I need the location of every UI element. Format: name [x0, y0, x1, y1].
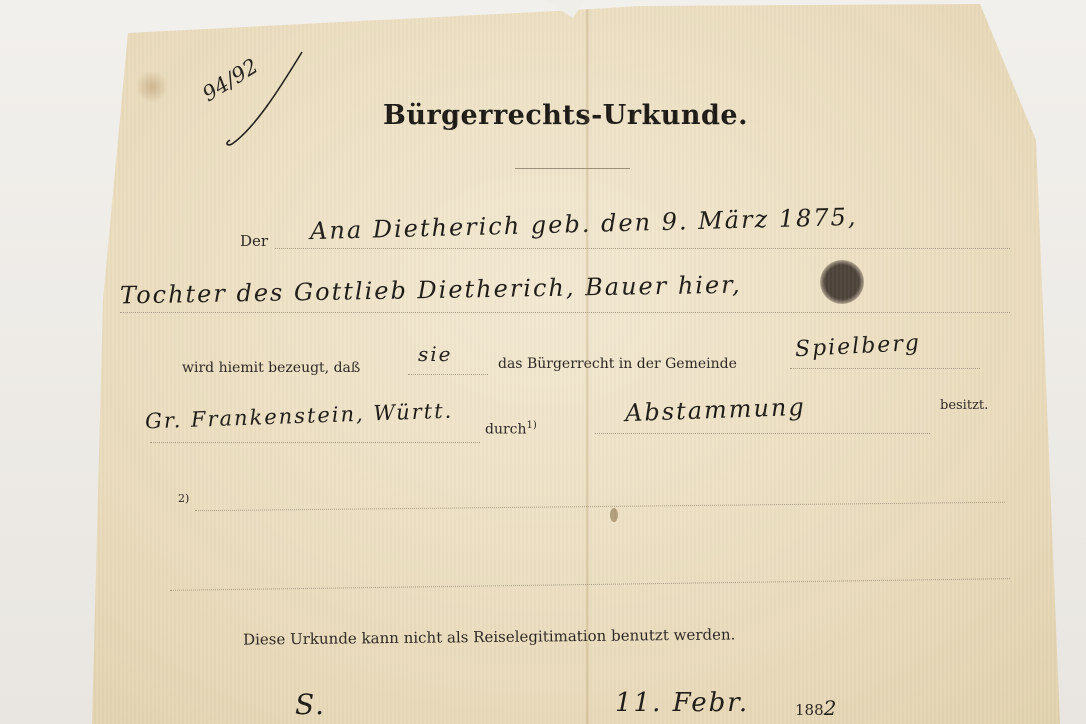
fill-line-3b	[790, 368, 980, 369]
handwritten-name-birth: Ana Dietherich geb. den 9. März 1875,	[310, 203, 858, 245]
handwritten-acquisition: Abstammung	[625, 393, 807, 427]
handwritten-district: Gr. Frankenstein, Württ.	[145, 399, 454, 434]
printed-besitzt: besitzt.	[940, 398, 988, 413]
document-title: Bürgerrechts-Urkunde.	[383, 100, 748, 131]
flourish-stroke	[210, 48, 310, 148]
fill-line-2	[120, 312, 1010, 313]
footnote-marker-1: 1)	[527, 420, 537, 431]
document-paper: 94/92 Bürgerrechts-Urkunde. Der Ana Diet…	[0, 0, 1086, 724]
printed-buergerrecht: das Bürgerrecht in der Gemeinde	[498, 356, 737, 372]
ink-blot	[820, 260, 864, 304]
printed-year-prefix: 188	[795, 701, 824, 719]
notice-text: Diese Urkunde kann nicht als Reiselegiti…	[243, 625, 736, 648]
fill-line-3a	[408, 374, 488, 375]
fill-line-4b	[595, 433, 930, 434]
stain	[136, 70, 168, 104]
printed-durch-label: durch	[485, 422, 527, 438]
printed-der: Der	[240, 232, 268, 250]
fill-line-6	[170, 578, 1010, 591]
handwritten-closing-place: S.	[295, 688, 326, 721]
printed-durch: durch1)	[485, 420, 537, 438]
reference-note: 94/92	[198, 54, 262, 106]
title-divider	[515, 168, 630, 170]
fill-line-5	[195, 502, 1005, 511]
printed-bezeugt: wird hiemit bezeugt, daß	[182, 360, 360, 376]
handwritten-parent: Tochter des Gottlieb Dietherich, Bauer h…	[120, 271, 742, 310]
handwritten-closing-date: 11. Febr.	[615, 688, 749, 718]
footnote-marker-2: 2)	[178, 492, 189, 505]
fill-line-1	[275, 248, 1010, 249]
handwritten-place: Spielberg	[794, 331, 921, 363]
fill-line-4a	[150, 442, 480, 443]
handwritten-year-suffix: 2	[824, 696, 839, 720]
handwritten-pronoun: sie	[418, 342, 453, 366]
stain	[610, 508, 618, 522]
printed-year: 1882	[795, 696, 838, 720]
